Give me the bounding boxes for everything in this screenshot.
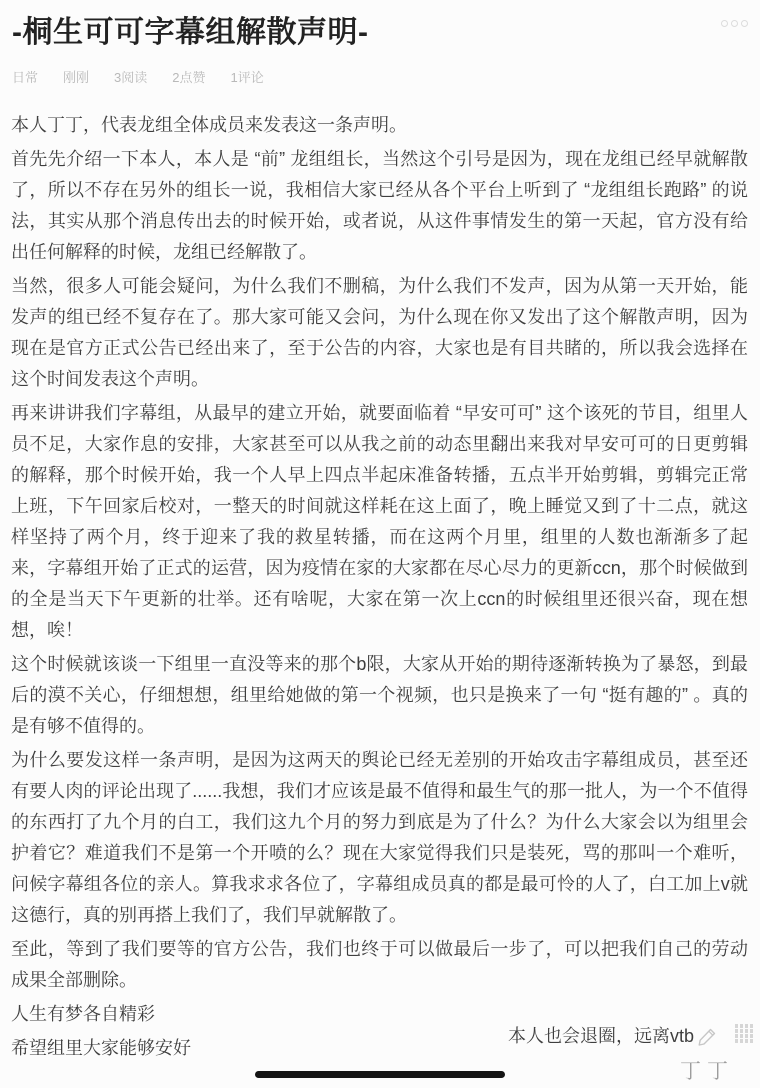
- post-meta-row: 日常 刚刚 3阅读 2点赞 1评论: [0, 52, 760, 86]
- category-tag[interactable]: 日常: [12, 67, 38, 86]
- like-count[interactable]: 2点赞: [172, 67, 205, 86]
- closing-note: 本人也会退圈，远离vtb: [508, 1022, 716, 1048]
- dot: [731, 20, 738, 27]
- signature: 丁丁: [680, 1055, 734, 1085]
- paragraph: 本人丁丁，代表龙组全体成员来发表这一条声明。: [11, 110, 748, 141]
- page-title: -桐生可可字幕组解散声明-: [12, 14, 368, 52]
- paragraph: 再来讲讲我们字幕组，从最早的建立开始，就要面临着 “早安可可” 这个该死的节目，…: [11, 398, 748, 646]
- paragraph: 至此，等到了我们要等的官方公告，我们也终于可以做最后一步了，可以把我们自己的劳动…: [11, 934, 748, 996]
- paragraph: 当然，很多人可能会疑问，为什么我们不删稿，为什么我们不发声，因为从第一天开始，能…: [11, 271, 748, 395]
- comment-count[interactable]: 1评论: [231, 67, 264, 86]
- paragraph: 为什么要发这样一条声明，是因为这两天的舆论已经无差别的开始攻击字幕组成员，甚至还…: [11, 745, 748, 931]
- read-count: 3阅读: [114, 67, 147, 86]
- closing-text: 本人也会退圈，远离vtb: [508, 1022, 694, 1048]
- post-header: -桐生可可字幕组解散声明-: [0, 0, 760, 52]
- post-page: { "header": { "title": "-桐生可可字幕组解散声明-" }…: [0, 0, 760, 1088]
- dot: [721, 20, 728, 27]
- article-body: 本人丁丁，代表龙组全体成员来发表这一条声明。 首先先介绍一下本人，本人是 “前”…: [0, 86, 760, 1064]
- more-options-icon[interactable]: [721, 20, 748, 27]
- timestamp: 刚刚: [63, 67, 89, 86]
- paragraph: 这个时候就该谈一下组里一直没等来的那个b限，大家从开始的期待逐渐转换为了暴怒，到…: [11, 649, 748, 742]
- grid-icon[interactable]: [735, 1024, 754, 1043]
- dot: [741, 20, 748, 27]
- pen-icon: [696, 1027, 716, 1047]
- home-indicator[interactable]: [255, 1071, 505, 1078]
- paragraph: 首先先介绍一下本人，本人是 “前” 龙组组长，当然这个引号是因为，现在龙组已经早…: [11, 144, 748, 268]
